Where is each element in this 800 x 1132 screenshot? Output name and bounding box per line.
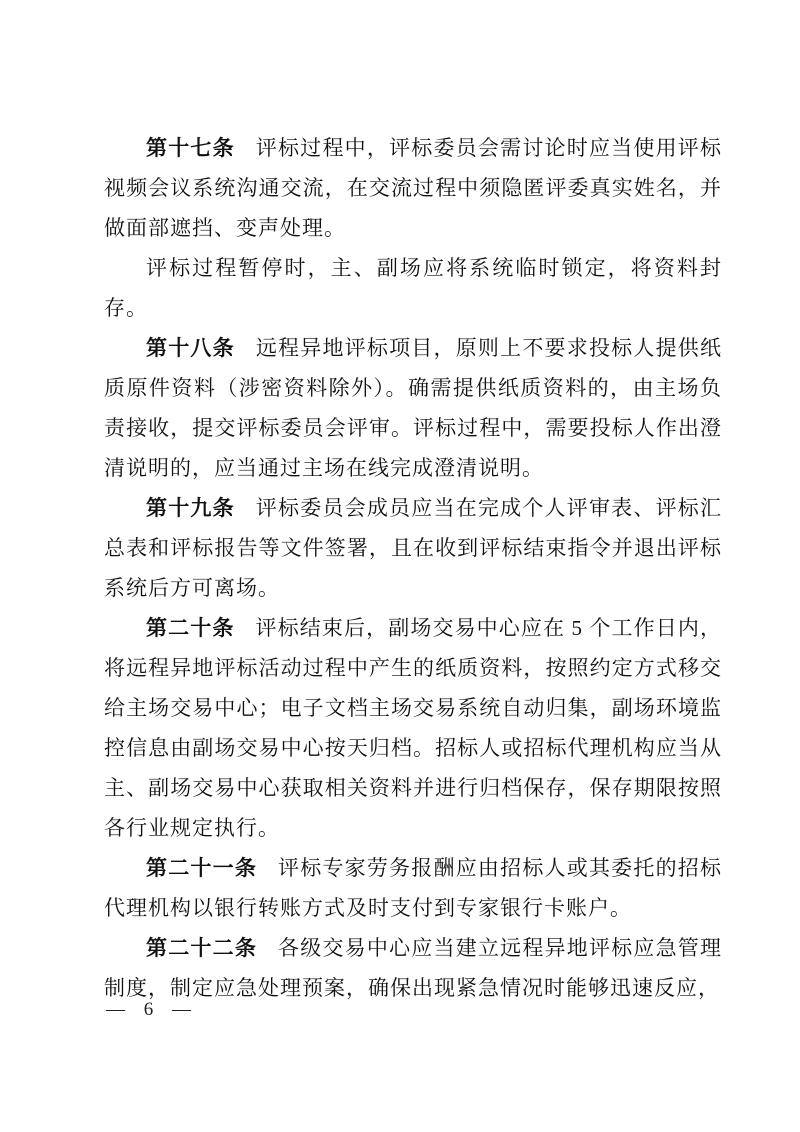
article-21-number: 第二十一条 (146, 856, 257, 880)
article-20-text: 评标结束后，副场交易中心应在 5 个工作日内，将远程异地评标活动过程中产生的纸质… (104, 616, 722, 840)
article-17-paragraph: 第十七条评标过程中，评标委员会需讨论时应当使用评标视频会议系统沟通交流，在交流过… (104, 128, 722, 248)
article-17-sub-text: 评标过程暂停时，主、副场应将系统临时锁定，将资料封存。 (104, 256, 722, 320)
article-22-number: 第二十二条 (146, 936, 257, 960)
article-18-paragraph: 第十八条远程异地评标项目，原则上不要求投标人提供纸质原件资料（涉密资料除外）。确… (104, 328, 722, 488)
document-body: 第十七条评标过程中，评标委员会需讨论时应当使用评标视频会议系统沟通交流，在交流过… (104, 128, 722, 1008)
page-number: — 6 — (106, 999, 193, 1020)
document-page: 第十七条评标过程中，评标委员会需讨论时应当使用评标视频会议系统沟通交流，在交流过… (0, 0, 800, 1132)
article-20-paragraph: 第二十条评标结束后，副场交易中心应在 5 个工作日内，将远程异地评标活动过程中产… (104, 608, 722, 848)
article-18-number: 第十八条 (146, 336, 235, 360)
article-22-paragraph: 第二十二条各级交易中心应当建立远程异地评标应急管理制度，制定应急处理预案，确保出… (104, 928, 722, 1008)
article-20-number: 第二十条 (146, 616, 234, 640)
article-17-subparagraph: 评标过程暂停时，主、副场应将系统临时锁定，将资料封存。 (104, 248, 722, 328)
article-19-paragraph: 第十九条评标委员会成员应当在完成个人评审表、评标汇总表和评标报告等文件签署，且在… (104, 488, 722, 608)
page-footer: — 6 — (106, 998, 193, 1022)
article-21-paragraph: 第二十一条评标专家劳务报酬应由招标人或其委托的招标代理机构以银行转账方式及时支付… (104, 848, 722, 928)
article-19-number: 第十九条 (146, 496, 235, 520)
article-17-number: 第十七条 (146, 136, 235, 160)
